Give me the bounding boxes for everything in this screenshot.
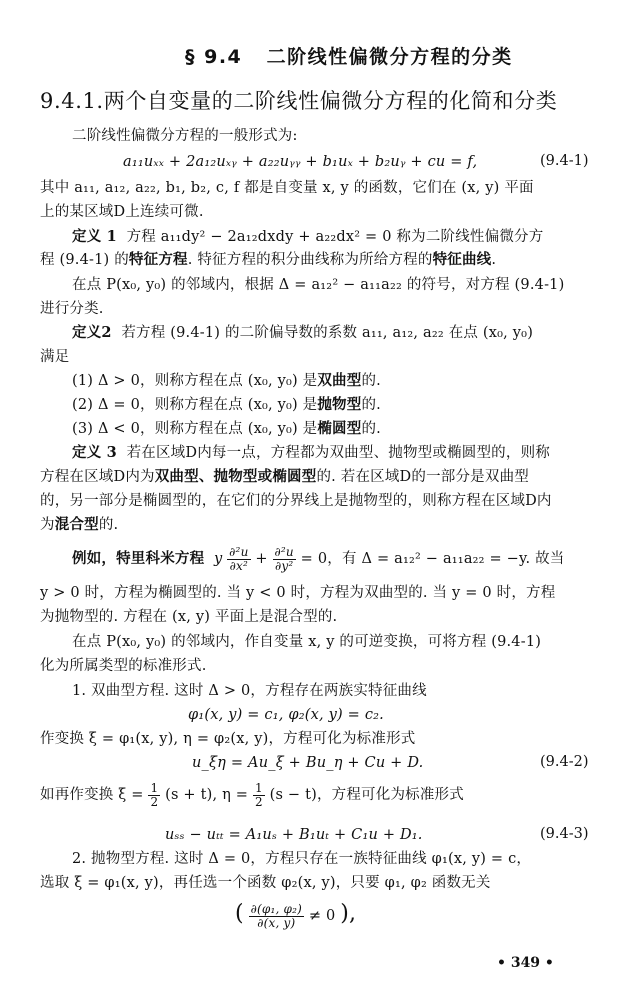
definition-2: 定义2 若方程 (9.4-1) 的二阶偏导数的系数 a₁₁, a₁₂, a₂₂ …: [72, 324, 533, 342]
text: 程 (9.4-1) 的: [40, 252, 129, 268]
example-line3: 为抛物型的. 方程在 (x, y) 平面上是混合型的.: [40, 608, 337, 626]
text: 如再作变换 ξ =: [40, 787, 144, 803]
definition-text: 若方程 (9.4-1) 的二阶偏导数的系数 a₁₁, a₁₂, a₂₂ 在点 (…: [121, 325, 533, 341]
section-heading: § 9.4 二阶线性偏微分方程的分类: [185, 48, 513, 66]
text: 的. 若在区域D的一部分是双曲型: [316, 469, 529, 485]
text: (1) Δ > 0，则称方程在点 (x₀, y₀) 是: [72, 373, 317, 389]
math-y: y: [214, 551, 222, 567]
document-page: § 9.4 二阶线性偏微分方程的分类 9.4.1.两个自变量的二阶线性偏微分方程…: [0, 0, 640, 988]
definition-3-line4: 为混合型的.: [40, 516, 118, 534]
section-title: 二阶线性偏微分方程的分类: [267, 46, 513, 68]
fraction-d2u-dx2: ∂²u∂x²: [227, 546, 250, 573]
characteristic-curves-eq: φ₁(x, y) = c₁, φ₂(x, y) = c₂.: [188, 706, 384, 724]
paragraph-where-cont: 上的某区域D上连续可微.: [40, 203, 204, 221]
denominator: 2: [148, 796, 160, 809]
page-number: • 349 •: [497, 955, 554, 971]
term: 双曲型、抛物型或椭圆型: [155, 468, 317, 485]
paren: (: [235, 901, 244, 926]
denominator: ∂(x, y): [249, 917, 304, 930]
plus: +: [255, 551, 267, 567]
paragraph-where: 其中 a₁₁, a₁₂, a₂₂, b₁, b₂, c, f 都是自变量 x, …: [40, 179, 534, 197]
paragraph-classification: 在点 P(x₀, y₀) 的邻域内，根据 Δ = a₁₂² − a₁₁a₂₂ 的…: [72, 276, 564, 294]
equation-9-4-1: a₁₁uₓₓ + 2a₁₂uₓᵧ + a₂₂uᵧᵧ + b₁uₓ + b₂uᵧ …: [123, 153, 477, 171]
parabolic-choose: 选取 ξ = φ₁(x, y)，再任选一个函数 φ₂(x, y)，只要 φ₁, …: [40, 874, 491, 892]
fraction-one-half: 12: [148, 782, 160, 809]
term-characteristic-curve: 特征曲线: [433, 251, 492, 268]
paragraph-classification-cont: 进行分类.: [40, 300, 104, 318]
term: 抛物型: [317, 396, 361, 413]
text: 为: [40, 517, 55, 533]
definition-label: 定义 1: [72, 228, 117, 245]
term-characteristic-equation: 特征方程: [129, 251, 188, 268]
subsection-heading: 9.4.1.两个自变量的二阶线性偏微分方程的化简和分类: [40, 88, 557, 114]
definition-1-cont: 程 (9.4-1) 的特征方程. 特征方程的积分曲线称为所给方程的特征曲线.: [40, 251, 496, 269]
numerator: ∂(φ₁, φ₂): [249, 903, 304, 917]
denominator: 2: [253, 796, 265, 809]
text: (3) Δ < 0，则称方程在点 (x₀, y₀) 是: [72, 421, 317, 437]
definition-1: 定义 1 方程 a₁₁dy² − 2a₁₂dxdy + a₂₂dx² = 0 称…: [72, 228, 543, 246]
subsection-number: 9.4.1.: [40, 89, 104, 113]
fraction-jacobian: ∂(φ₁, φ₂)∂(x, y): [249, 903, 304, 930]
definition-3-line3: 的，另一部分是椭圆型的，在它们的分界线上是抛物型的，则称方程在区域D内: [40, 492, 552, 510]
equation-number: (9.4-1): [540, 153, 589, 169]
text: 的.: [361, 397, 381, 413]
case-parabolic: (2) Δ = 0，则称方程在点 (x₀, y₀) 是抛物型的.: [72, 396, 381, 414]
hyperbolic-intro: 1. 双曲型方程. 这时 Δ > 0，方程存在两族实特征曲线: [72, 682, 427, 700]
definition-label: 定义2: [72, 324, 112, 341]
equation-number: (9.4-3): [540, 826, 589, 842]
definition-3: 定义 3 若在区域D内每一点，方程都为双曲型、抛物型或椭圆型的，则称: [72, 444, 550, 462]
paragraph-general-form: 二阶线性偏微分方程的一般形式为:: [72, 127, 298, 145]
equation-9-4-3: uₛₛ − uₜₜ = A₁uₛ + B₁uₜ + C₁u + D₁.: [165, 826, 423, 844]
text: 的.: [99, 517, 119, 533]
case-elliptic: (3) Δ < 0，则称方程在点 (x₀, y₀) 是椭圆型的.: [72, 420, 381, 438]
text: 方程在区域D内为: [40, 469, 155, 485]
equation-9-4-2: u_ξη = Au_ξ + Bu_η + Cu + D.: [192, 754, 423, 772]
numerator: 1: [148, 782, 160, 796]
text: 的.: [361, 421, 381, 437]
jacobian-condition: ( ∂(φ₁, φ₂)∂(x, y) ≠ 0 ),: [235, 897, 356, 933]
example-label: 例如，特里科米方程: [72, 550, 204, 567]
definition-2-cont: 满足: [40, 348, 69, 366]
section-number: § 9.4: [185, 46, 242, 68]
definition-3-line2: 方程在区域D内为双曲型、抛物型或椭圆型的. 若在区域D的一部分是双曲型: [40, 468, 529, 486]
paren: ),: [340, 901, 356, 926]
term-mixed-type: 混合型: [55, 516, 99, 533]
parabolic-intro: 2. 抛物型方程. 这时 Δ = 0，方程只存在一族特征曲线 φ₁(x, y) …: [72, 850, 531, 868]
definition-text: 方程 a₁₁dy² − 2a₁₂dxdy + a₂₂dx² = 0 称为二阶线性…: [127, 229, 544, 245]
example-line2: y > 0 时，方程为椭圆型的. 当 y < 0 时，方程为双曲型的. 当 y …: [40, 584, 555, 602]
numerator: ∂²u: [227, 546, 250, 560]
hyperbolic-second-transform: 如再作变换 ξ = 12 (s + t), η = 12 (s − t)，方程可…: [40, 780, 464, 810]
hyperbolic-transform: 作变换 ξ = φ₁(x, y), η = φ₂(x, y)，方程可化为标准形式: [40, 730, 415, 748]
text: (2) Δ = 0，则称方程在点 (x₀, y₀) 是: [72, 397, 317, 413]
text: (s − t)，方程可化为标准形式: [270, 787, 464, 803]
numerator: ∂²u: [273, 546, 296, 560]
term: 双曲型: [317, 372, 361, 389]
example-tricomi: 例如，特里科米方程 y ∂²u∂x² + ∂²u∂y² = 0，有 Δ = a₁…: [72, 544, 565, 574]
text: . 特征方程的积分曲线称为所给方程的: [188, 252, 433, 268]
text: (s + t), η =: [165, 787, 248, 803]
denominator: ∂x²: [227, 560, 250, 573]
text: .: [491, 252, 496, 268]
subsection-title: 两个自变量的二阶线性偏微分方程的化简和分类: [104, 89, 558, 113]
term: 椭圆型: [317, 420, 361, 437]
text: ≠ 0: [309, 908, 336, 924]
case-hyperbolic: (1) Δ > 0，则称方程在点 (x₀, y₀) 是双曲型的.: [72, 372, 381, 390]
text: 的.: [361, 373, 381, 389]
denominator: ∂y²: [273, 560, 296, 573]
text: = 0，有 Δ = a₁₂² − a₁₁a₂₂ = −y. 故当: [301, 551, 565, 567]
fraction-one-half: 12: [253, 782, 265, 809]
paragraph-transform-cont: 化为所属类型的标准形式.: [40, 657, 207, 675]
paragraph-transform: 在点 P(x₀, y₀) 的邻域内，作自变量 x, y 的可逆变换，可将方程 (…: [72, 633, 541, 651]
equation-number: (9.4-2): [540, 754, 589, 770]
numerator: 1: [253, 782, 265, 796]
fraction-d2u-dy2: ∂²u∂y²: [273, 546, 296, 573]
definition-text: 若在区域D内每一点，方程都为双曲型、抛物型或椭圆型的，则称: [127, 445, 550, 461]
definition-label: 定义 3: [72, 444, 117, 461]
